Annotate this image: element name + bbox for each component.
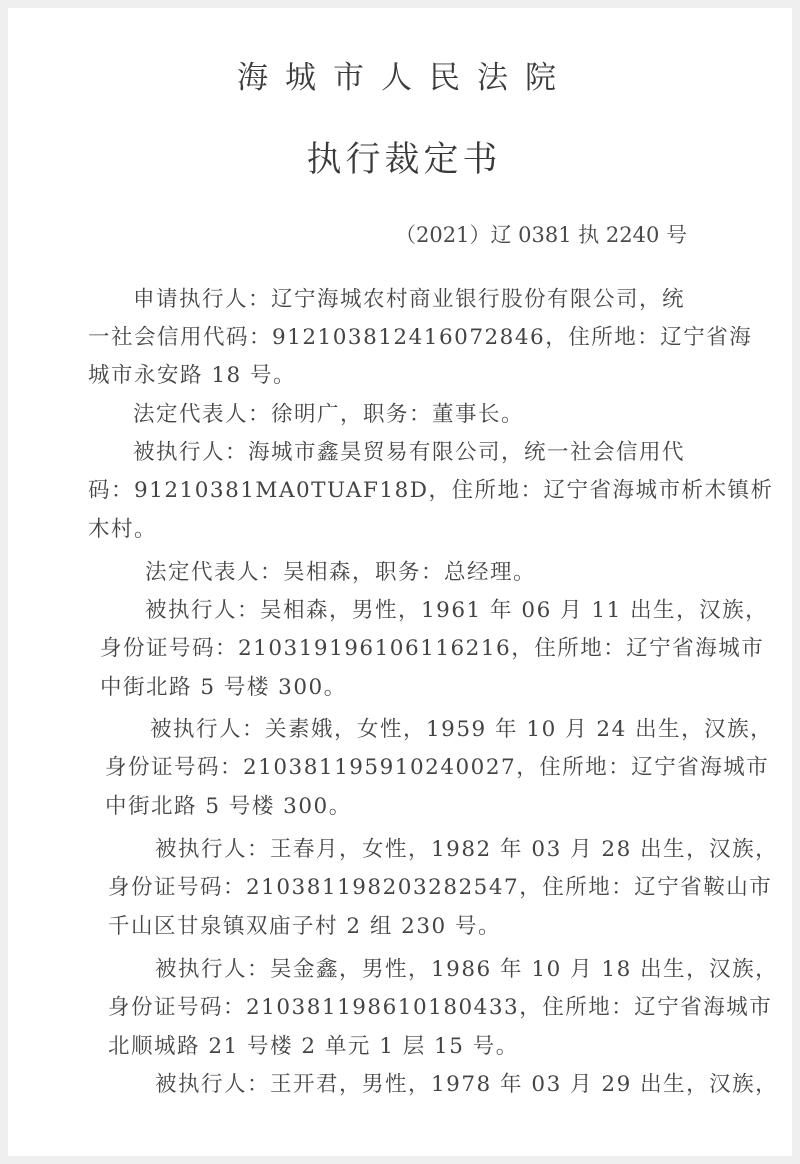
document-title: 执行裁定书 <box>8 138 792 182</box>
body-text-line: 木村。 <box>88 515 157 545</box>
body-text-line: 申请执行人：辽宁海城农村商业银行股份有限公司，统 <box>133 285 685 315</box>
body-text-line: 身份证号码：210381198203282547，住所地：辽宁省鞍山市 <box>108 873 772 903</box>
document-page: 海城市人民法院 执行裁定书 （2021）辽 0381 执 2240 号 申请执行… <box>8 8 792 1156</box>
body-text-line: 一社会信用代码：912103812416072846，住所地：辽宁省海 <box>88 323 752 353</box>
body-text-line: 法定代表人：徐明广，职务：董事长。 <box>133 400 524 430</box>
body-text-line: 北顺城路 21 号楼 2 单元 1 层 15 号。 <box>108 1032 519 1062</box>
body-text-line: 被执行人：吴相森，男性，1961 年 06 月 11 出生，汉族， <box>145 596 768 626</box>
body-text-line: 被执行人：吴金鑫，男性，1986 年 10 月 18 出生，汉族， <box>155 955 778 985</box>
body-text-line: 千山区甘泉镇双庙子村 2 组 230 号。 <box>108 912 501 942</box>
body-text-line: 被执行人：王春月，女性，1982 年 03 月 28 出生，汉族， <box>155 835 778 865</box>
body-text-line: 城市永安路 18 号。 <box>88 361 296 391</box>
body-text-line: 中街北路 5 号楼 300。 <box>105 792 352 822</box>
body-text-line: 被执行人：海城市鑫昊贸易有限公司，统一社会信用代 <box>133 438 685 468</box>
body-text-line: 码：91210381MA0TUAF18D，住所地：辽宁省海城市析木镇析 <box>88 476 774 506</box>
body-text-line: 被执行人：关素娥，女性，1959 年 10 月 24 出生，汉族， <box>150 715 773 745</box>
body-text-line: 身份证号码：210319196106116216，住所地：辽宁省海城市 <box>100 634 764 664</box>
body-text-line: 身份证号码：210381195910240027，住所地：辽宁省海城市 <box>105 753 769 783</box>
body-text-line: 被执行人：王开君，男性，1978 年 03 月 29 出生，汉族， <box>155 1070 778 1100</box>
court-name: 海城市人民法院 <box>8 58 792 98</box>
body-text-line: 中街北路 5 号楼 300。 <box>100 673 347 703</box>
body-text-line: 法定代表人：吴相森，职务：总经理。 <box>145 558 536 588</box>
case-number: （2021）辽 0381 执 2240 号 <box>395 220 687 250</box>
body-text-line: 身份证号码：210381198610180433，住所地：辽宁省海城市 <box>108 993 772 1023</box>
